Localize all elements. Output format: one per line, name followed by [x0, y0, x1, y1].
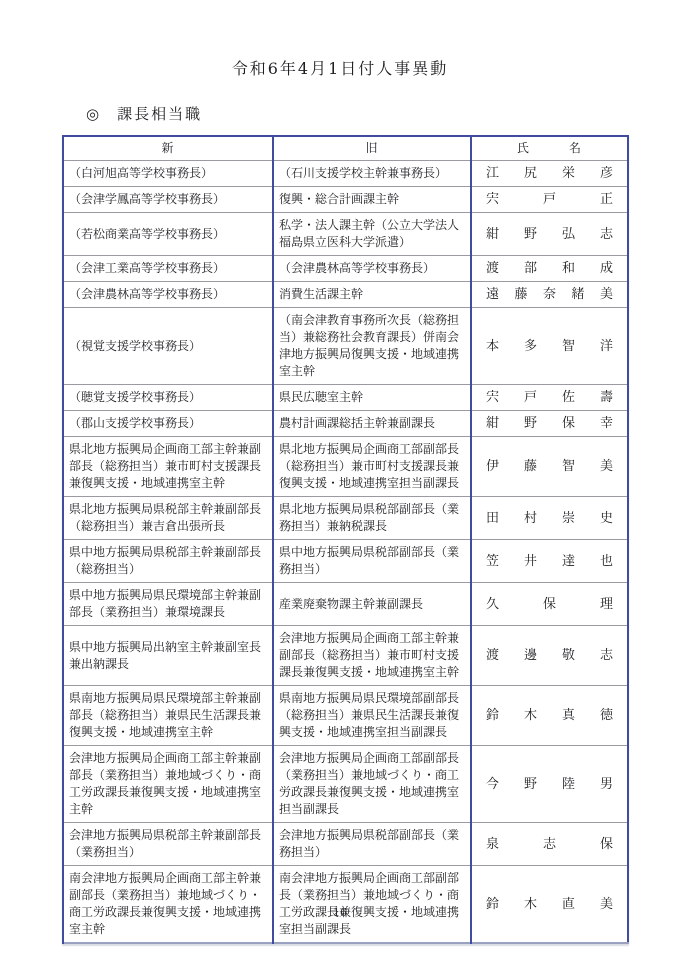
table-row: （会津農林高等学校事務長）消費生活課主幹遠藤奈緒美 [63, 282, 628, 308]
personnel-table: 新 旧 氏 名 （白河旭高等学校事務長）（石川支援学校主幹兼事務長）江尻栄彦（会… [62, 135, 629, 944]
table-header-row: 新 旧 氏 名 [63, 136, 628, 161]
cell-new-position: （聴覚支援学校事務長） [63, 385, 273, 411]
cell-new-position: （若松商業高等学校事務長） [63, 213, 273, 256]
cell-old-position: 県南地方振興局県民環境部副部長（総務担当）兼県民生活課長兼復興支援・地域連携室担… [273, 686, 471, 746]
table-row: 県中地方振興局出納室主幹兼副室長兼出納課長会津地方振興局企画商工部主幹兼副部長（… [63, 626, 628, 686]
double-circle-marker: ◎ [86, 105, 103, 123]
table-row: 県北地方振興局県税部主幹兼副部長（総務担当）兼吉倉出張所長県北地方振興局県税部副… [63, 497, 628, 540]
table-row: （白河旭高等学校事務長）（石川支援学校主幹兼事務長）江尻栄彦 [63, 161, 628, 187]
cell-old-position: 県民広聴室主幹 [273, 385, 471, 411]
person-name: 渡邊敬志 [472, 647, 627, 664]
person-name: 宍戸正 [472, 191, 627, 208]
table-row: 会津地方振興局県税部主幹兼副部長（業務担当）会津地方振興局県税部副部長（業務担当… [63, 823, 628, 866]
cell-new-position: （視覚支援学校事務長） [63, 308, 273, 385]
cell-new-position: （会津学鳳高等学校事務長） [63, 187, 273, 213]
cell-new-position: （郡山支援学校事務長） [63, 411, 273, 437]
cell-new-position: （会津工業高等学校事務長） [63, 256, 273, 282]
cell-person-name: 宍戸佐壽 [471, 385, 628, 411]
person-name: 田村崇史 [472, 510, 627, 527]
person-name: 紺野保幸 [472, 415, 627, 432]
header-name: 氏 名 [471, 136, 628, 161]
table-body: （白河旭高等学校事務長）（石川支援学校主幹兼事務長）江尻栄彦（会津学鳳高等学校事… [63, 161, 628, 944]
person-name: 宍戸佐壽 [472, 389, 627, 406]
cell-old-position: 県北地方振興局県税部副部長（業務担当）兼納税課長 [273, 497, 471, 540]
cell-new-position: 会津地方振興局企画商工部主幹兼副部長（業務担当）兼地域づくり・商工労政課長兼復興… [63, 746, 273, 823]
cell-person-name: 本多智洋 [471, 308, 628, 385]
person-name: 江尻栄彦 [472, 165, 627, 182]
person-name: 久保理 [472, 596, 627, 613]
document-title: 令和6年4月1日付人事異動 [0, 0, 680, 79]
cell-new-position: （会津農林高等学校事務長） [63, 282, 273, 308]
cell-new-position: （白河旭高等学校事務長） [63, 161, 273, 187]
cell-person-name: 紺野保幸 [471, 411, 628, 437]
table-row: 南会津地方振興局企画商工部主幹兼副部長（業務担当）兼地域づくり・商工労政課長兼復… [63, 866, 628, 944]
cell-person-name: 鈴木真徳 [471, 686, 628, 746]
section-heading: ◎ 課長相当職 [86, 103, 680, 124]
header-old-position: 旧 [273, 136, 471, 161]
cell-old-position: 私学・法人課主幹（公立大学法人福島県立医科大学派遣） [273, 213, 471, 256]
person-name: 今野陸男 [472, 776, 627, 793]
person-name: 伊藤智美 [472, 458, 627, 475]
cell-old-position: 復興・総合計画課主幹 [273, 187, 471, 213]
cell-person-name: 伊藤智美 [471, 437, 628, 497]
cell-person-name: 笠井達也 [471, 540, 628, 583]
table-row: 県南地方振興局県民環境部主幹兼副部長（総務担当）兼県民生活課長兼復興支援・地域連… [63, 686, 628, 746]
cell-old-position: 南会津地方振興局企画商工部副部長（業務担当）兼地域づくり・商工労政課長兼復興支援… [273, 866, 471, 944]
cell-old-position: （南会津教育事務所次長（総務担当）兼総務社会教育課長）併南会津地方振興局復興支援… [273, 308, 471, 385]
cell-old-position: 県北地方振興局企画商工部副部長（総務担当）兼市町村支援課長兼復興支援・地域連携室… [273, 437, 471, 497]
table-row: （聴覚支援学校事務長）県民広聴室主幹宍戸佐壽 [63, 385, 628, 411]
section-title: 課長相当職 [117, 103, 202, 124]
cell-person-name: 鈴木直美 [471, 866, 628, 944]
table-row: （会津工業高等学校事務長）（会津農林高等学校事務長）渡部和成 [63, 256, 628, 282]
cell-old-position: 会津地方振興局企画商工部副部長（業務担当）兼地域づくり・商工労政課長兼復興支援・… [273, 746, 471, 823]
cell-new-position: 南会津地方振興局企画商工部主幹兼副部長（業務担当）兼地域づくり・商工労政課長兼復… [63, 866, 273, 944]
cell-old-position: （会津農林高等学校事務長） [273, 256, 471, 282]
cell-person-name: 渡部和成 [471, 256, 628, 282]
cell-old-position: （石川支援学校主幹兼事務長） [273, 161, 471, 187]
cell-new-position: 県中地方振興局県税部主幹兼副部長（総務担当） [63, 540, 273, 583]
cell-person-name: 渡邊敬志 [471, 626, 628, 686]
cell-old-position: 産業廃棄物課主幹兼副課長 [273, 583, 471, 626]
cell-old-position: 消費生活課主幹 [273, 282, 471, 308]
person-name: 鈴木真徳 [472, 707, 627, 724]
person-name: 遠藤奈緒美 [472, 286, 627, 303]
person-name: 渡部和成 [472, 260, 627, 277]
cell-person-name: 泉志保 [471, 823, 628, 866]
cell-new-position: 県北地方振興局県税部主幹兼副部長（総務担当）兼吉倉出張所長 [63, 497, 273, 540]
table-row: （視覚支援学校事務長）（南会津教育事務所次長（総務担当）兼総務社会教育課長）併南… [63, 308, 628, 385]
cell-old-position: 県中地方振興局県税部副部長（業務担当） [273, 540, 471, 583]
cell-old-position: 会津地方振興局企画商工部主幹兼副部長（総務担当）兼市町村支援課長兼復興支援・地域… [273, 626, 471, 686]
table-row: （会津学鳳高等学校事務長）復興・総合計画課主幹宍戸正 [63, 187, 628, 213]
cell-new-position: 会津地方振興局県税部主幹兼副部長（業務担当） [63, 823, 273, 866]
table-row: 県中地方振興局県税部主幹兼副部長（総務担当）県中地方振興局県税部副部長（業務担当… [63, 540, 628, 583]
cell-new-position: 県中地方振興局出納室主幹兼副室長兼出納課長 [63, 626, 273, 686]
document-page: 令和6年4月1日付人事異動 ◎ 課長相当職 新 旧 氏 名 （白河旭高等学校事務… [0, 0, 680, 961]
cell-new-position: 県南地方振興局県民環境部主幹兼副部長（総務担当）兼県民生活課長兼復興支援・地域連… [63, 686, 273, 746]
cell-person-name: 宍戸正 [471, 187, 628, 213]
table-row: （郡山支援学校事務長）農村計画課総括主幹兼副課長紺野保幸 [63, 411, 628, 437]
header-new-position: 新 [63, 136, 273, 161]
table-row: 会津地方振興局企画商工部主幹兼副部長（業務担当）兼地域づくり・商工労政課長兼復興… [63, 746, 628, 823]
cell-new-position: 県中地方振興局県民環境部主幹兼副部長（業務担当）兼環境課長 [63, 583, 273, 626]
cell-person-name: 今野陸男 [471, 746, 628, 823]
table-row: 県北地方振興局企画商工部主幹兼副部長（総務担当）兼市町村支援課長兼復興支援・地域… [63, 437, 628, 497]
table-row: （若松商業高等学校事務長）私学・法人課主幹（公立大学法人福島県立医科大学派遣）紺… [63, 213, 628, 256]
cell-person-name: 久保理 [471, 583, 628, 626]
cell-old-position: 農村計画課総括主幹兼副課長 [273, 411, 471, 437]
cell-person-name: 遠藤奈緒美 [471, 282, 628, 308]
page-number: 16 [0, 906, 680, 919]
cell-old-position: 会津地方振興局県税部副部長（業務担当） [273, 823, 471, 866]
cell-new-position: 県北地方振興局企画商工部主幹兼副部長（総務担当）兼市町村支援課長兼復興支援・地域… [63, 437, 273, 497]
cell-person-name: 江尻栄彦 [471, 161, 628, 187]
person-name: 笠井達也 [472, 553, 627, 570]
cell-person-name: 田村崇史 [471, 497, 628, 540]
cell-person-name: 紺野弘志 [471, 213, 628, 256]
person-name: 本多智洋 [472, 338, 627, 355]
person-name: 泉志保 [472, 836, 627, 853]
person-name: 紺野弘志 [472, 226, 627, 243]
table-row: 県中地方振興局県民環境部主幹兼副部長（業務担当）兼環境課長産業廃棄物課主幹兼副課… [63, 583, 628, 626]
